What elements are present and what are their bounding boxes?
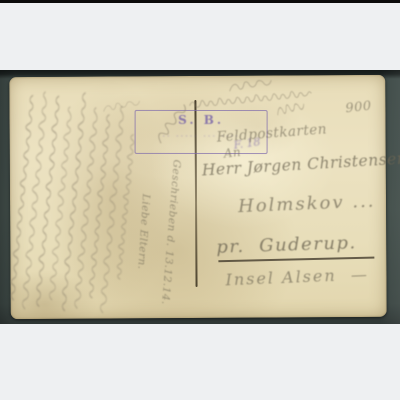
top-black-strip (0, 0, 400, 3)
written-date-note: Geschrieben d. 13.12.14. (159, 159, 183, 305)
photo-background: S. B. ·· ····· ··· ···· F. 18 900 Feldpo… (0, 70, 400, 324)
scribbled-year: 900 (345, 99, 373, 117)
postcard-photo: S. B. ·· ····· ··· ···· F. 18 900 Feldpo… (0, 0, 400, 400)
greeting-note: Liebe Eltern. (135, 194, 152, 271)
address-underline (218, 257, 374, 262)
address-via: pr. Guderup. (216, 232, 357, 258)
message-handwriting-area (5, 82, 143, 322)
address-place: Holmskov ... (238, 191, 376, 218)
address-region: Insel Alsen — (225, 264, 369, 289)
postcard: S. B. ·· ····· ··· ···· F. 18 900 Feldpo… (9, 75, 386, 319)
stamp-text: S. B. (136, 113, 267, 127)
